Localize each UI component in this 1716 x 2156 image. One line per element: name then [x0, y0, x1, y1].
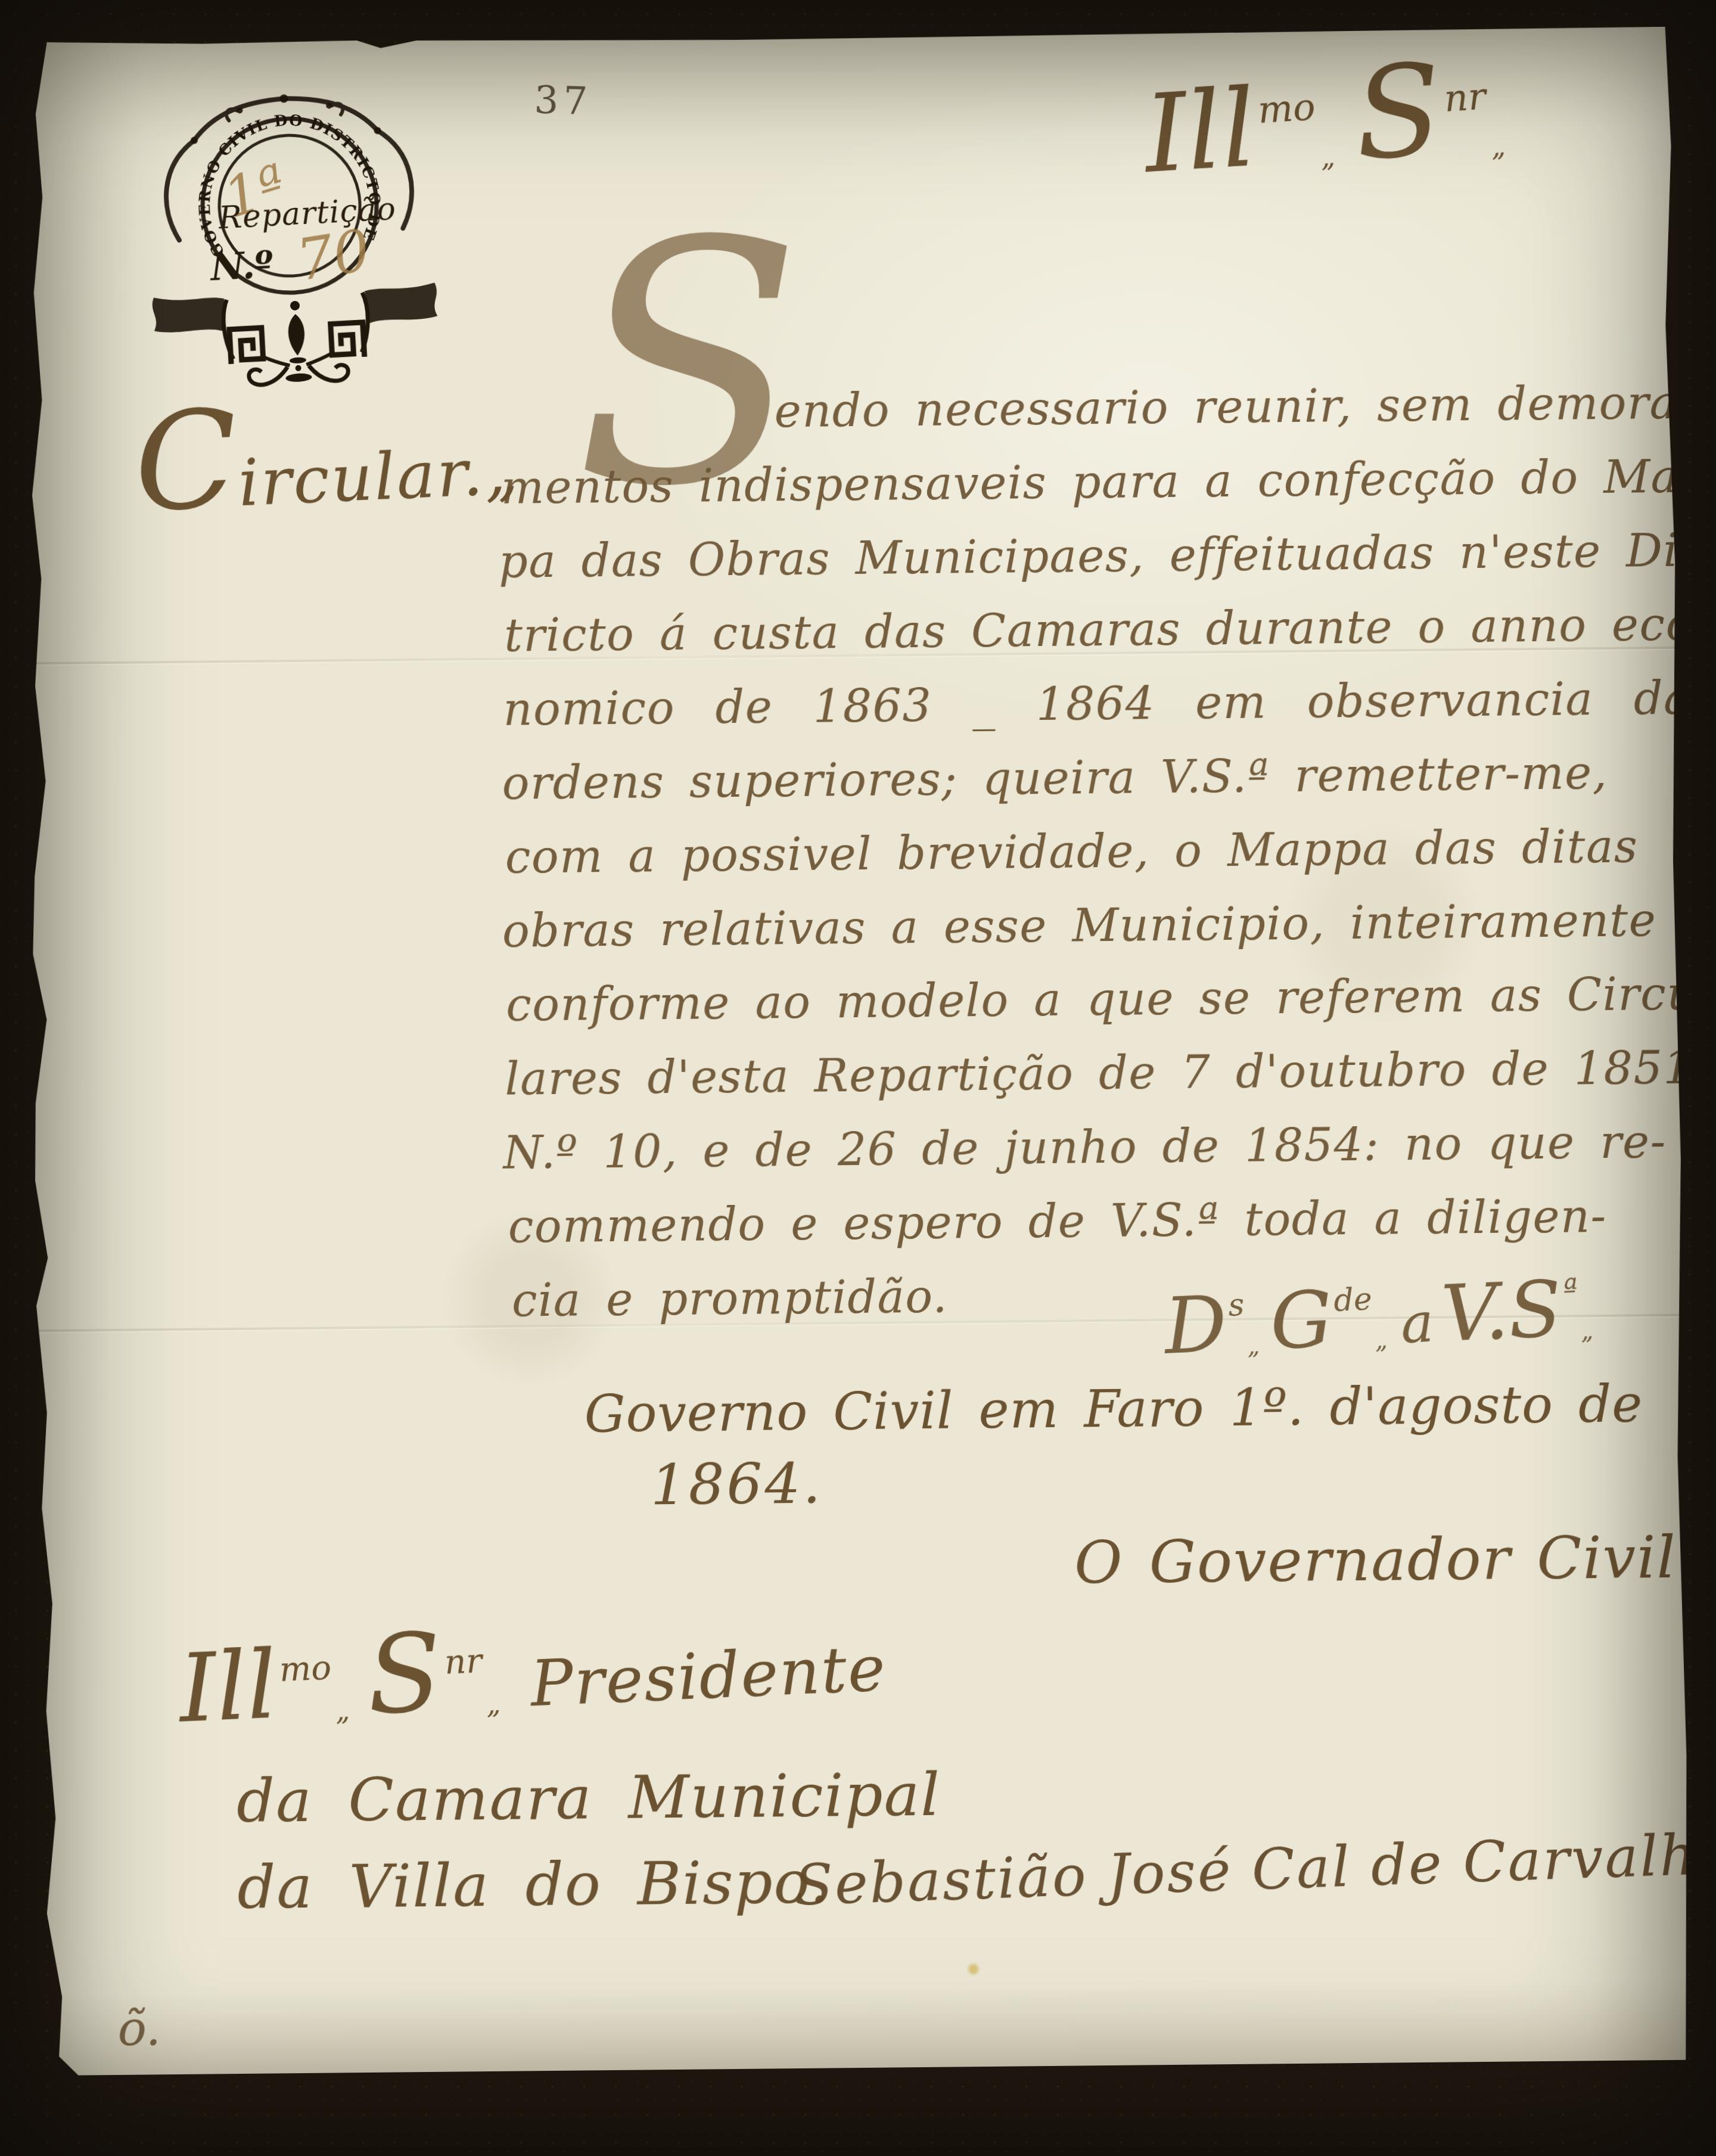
stamp-number-value: 70 [292, 216, 374, 294]
salutation-cap: S [365, 1618, 444, 1729]
photo-backdrop: 37 Ill mo „ S nr „ GOVERNO CIVIL DO DIST… [0, 0, 1716, 2156]
body-line: mentos indispensaveis para a confecção d… [501, 453, 1716, 511]
salutation-sup: nr [444, 1645, 483, 1680]
valediction-sup: de [1333, 1284, 1372, 1316]
valediction: D s „ G de „ a V.S ª „ [1163, 1268, 1600, 1365]
valediction-word: a [1400, 1296, 1435, 1352]
body-line: com a possivel brevidade, o Mappa das di… [505, 824, 1638, 880]
body-line: cia e promptidão. [512, 1274, 949, 1324]
stamp-number-label: N.º [208, 243, 274, 290]
body-line: N.º 10, e de 26 de junho de 1854: no que… [503, 1119, 1667, 1176]
abbreviation-mark: „ [1580, 1319, 1593, 1344]
salutation-sup: nr [1443, 78, 1487, 117]
address-line: da Villa do Bispo. [237, 1853, 830, 1918]
body-line: conforme ao modelo a que se referem as C… [506, 971, 1713, 1027]
recipient-title: Presidente [529, 1637, 887, 1716]
signature: Sebastião José Cal de Carvalho [794, 1826, 1716, 1915]
body-line: commendo e espero de V.S.ª toda a dilige… [508, 1194, 1607, 1250]
valediction-sup: s [1227, 1290, 1245, 1321]
date-year: 1864. [651, 1456, 823, 1514]
body-line: lares d'esta Repartição de 7 d'outubro d… [505, 1045, 1693, 1102]
body-line: ordens superiores; queira V.S.ª remetter… [502, 750, 1608, 806]
corner-mark: õ. [117, 2005, 161, 2053]
abbreviation-mark: „ [1375, 1328, 1388, 1353]
salutation-sup: mo [279, 1651, 332, 1687]
valediction-cap: G [1269, 1280, 1334, 1360]
address-line: da Camara Municipal [237, 1765, 941, 1831]
salutation-top: Ill mo „ S nr „ [1140, 43, 1509, 191]
official-stamp: GOVERNO CIVIL DO DISTRICTO DE FARO [135, 79, 448, 395]
valediction-cap: D [1163, 1285, 1229, 1365]
salutation-cap: Ill [1142, 75, 1259, 189]
place-date-line: Governo Civil em Faro 1º. d'agosto de [584, 1378, 1643, 1440]
abbreviation-mark: „ [1246, 1334, 1260, 1359]
address-salutation: Ill mo „ S nr „ Presidente [176, 1598, 888, 1738]
valediction-cap: V.S [1440, 1270, 1563, 1353]
document-paper: 37 Ill mo „ S nr „ GOVERNO CIVIL DO DIST… [23, 27, 1692, 2076]
doc-type-initial: C [132, 392, 241, 531]
abbreviation-mark: „ [486, 1690, 501, 1718]
abbreviation-mark: „ [335, 1697, 350, 1725]
abbreviation-mark: „ [1490, 132, 1506, 160]
body-line: pa das Obras Municipaes, effeituadas n'e… [499, 527, 1716, 585]
valediction-sup: ª [1562, 1275, 1578, 1306]
salutation-cap: S [1351, 46, 1445, 178]
salutation-sup: mo [1257, 88, 1316, 129]
salutation-cap: Ill [177, 1638, 278, 1736]
doc-type-label: C ircular.„ [132, 380, 522, 531]
body-line: nomico de 1863 _ 1864 em observancia das [503, 675, 1716, 732]
abbreviation-mark: „ [1320, 143, 1336, 171]
page-number: 37 [534, 78, 593, 123]
body-line: obras relativas a esse Municipio, inteir… [502, 897, 1657, 954]
doc-type-rest: ircular.„ [237, 439, 521, 516]
body-line: endo necessario reunir, sem demora, os e… [774, 378, 1716, 434]
signer-title: O Governador Civil [1074, 1529, 1677, 1593]
body-line: tricto á custa das Camaras durante o ann… [504, 601, 1710, 658]
